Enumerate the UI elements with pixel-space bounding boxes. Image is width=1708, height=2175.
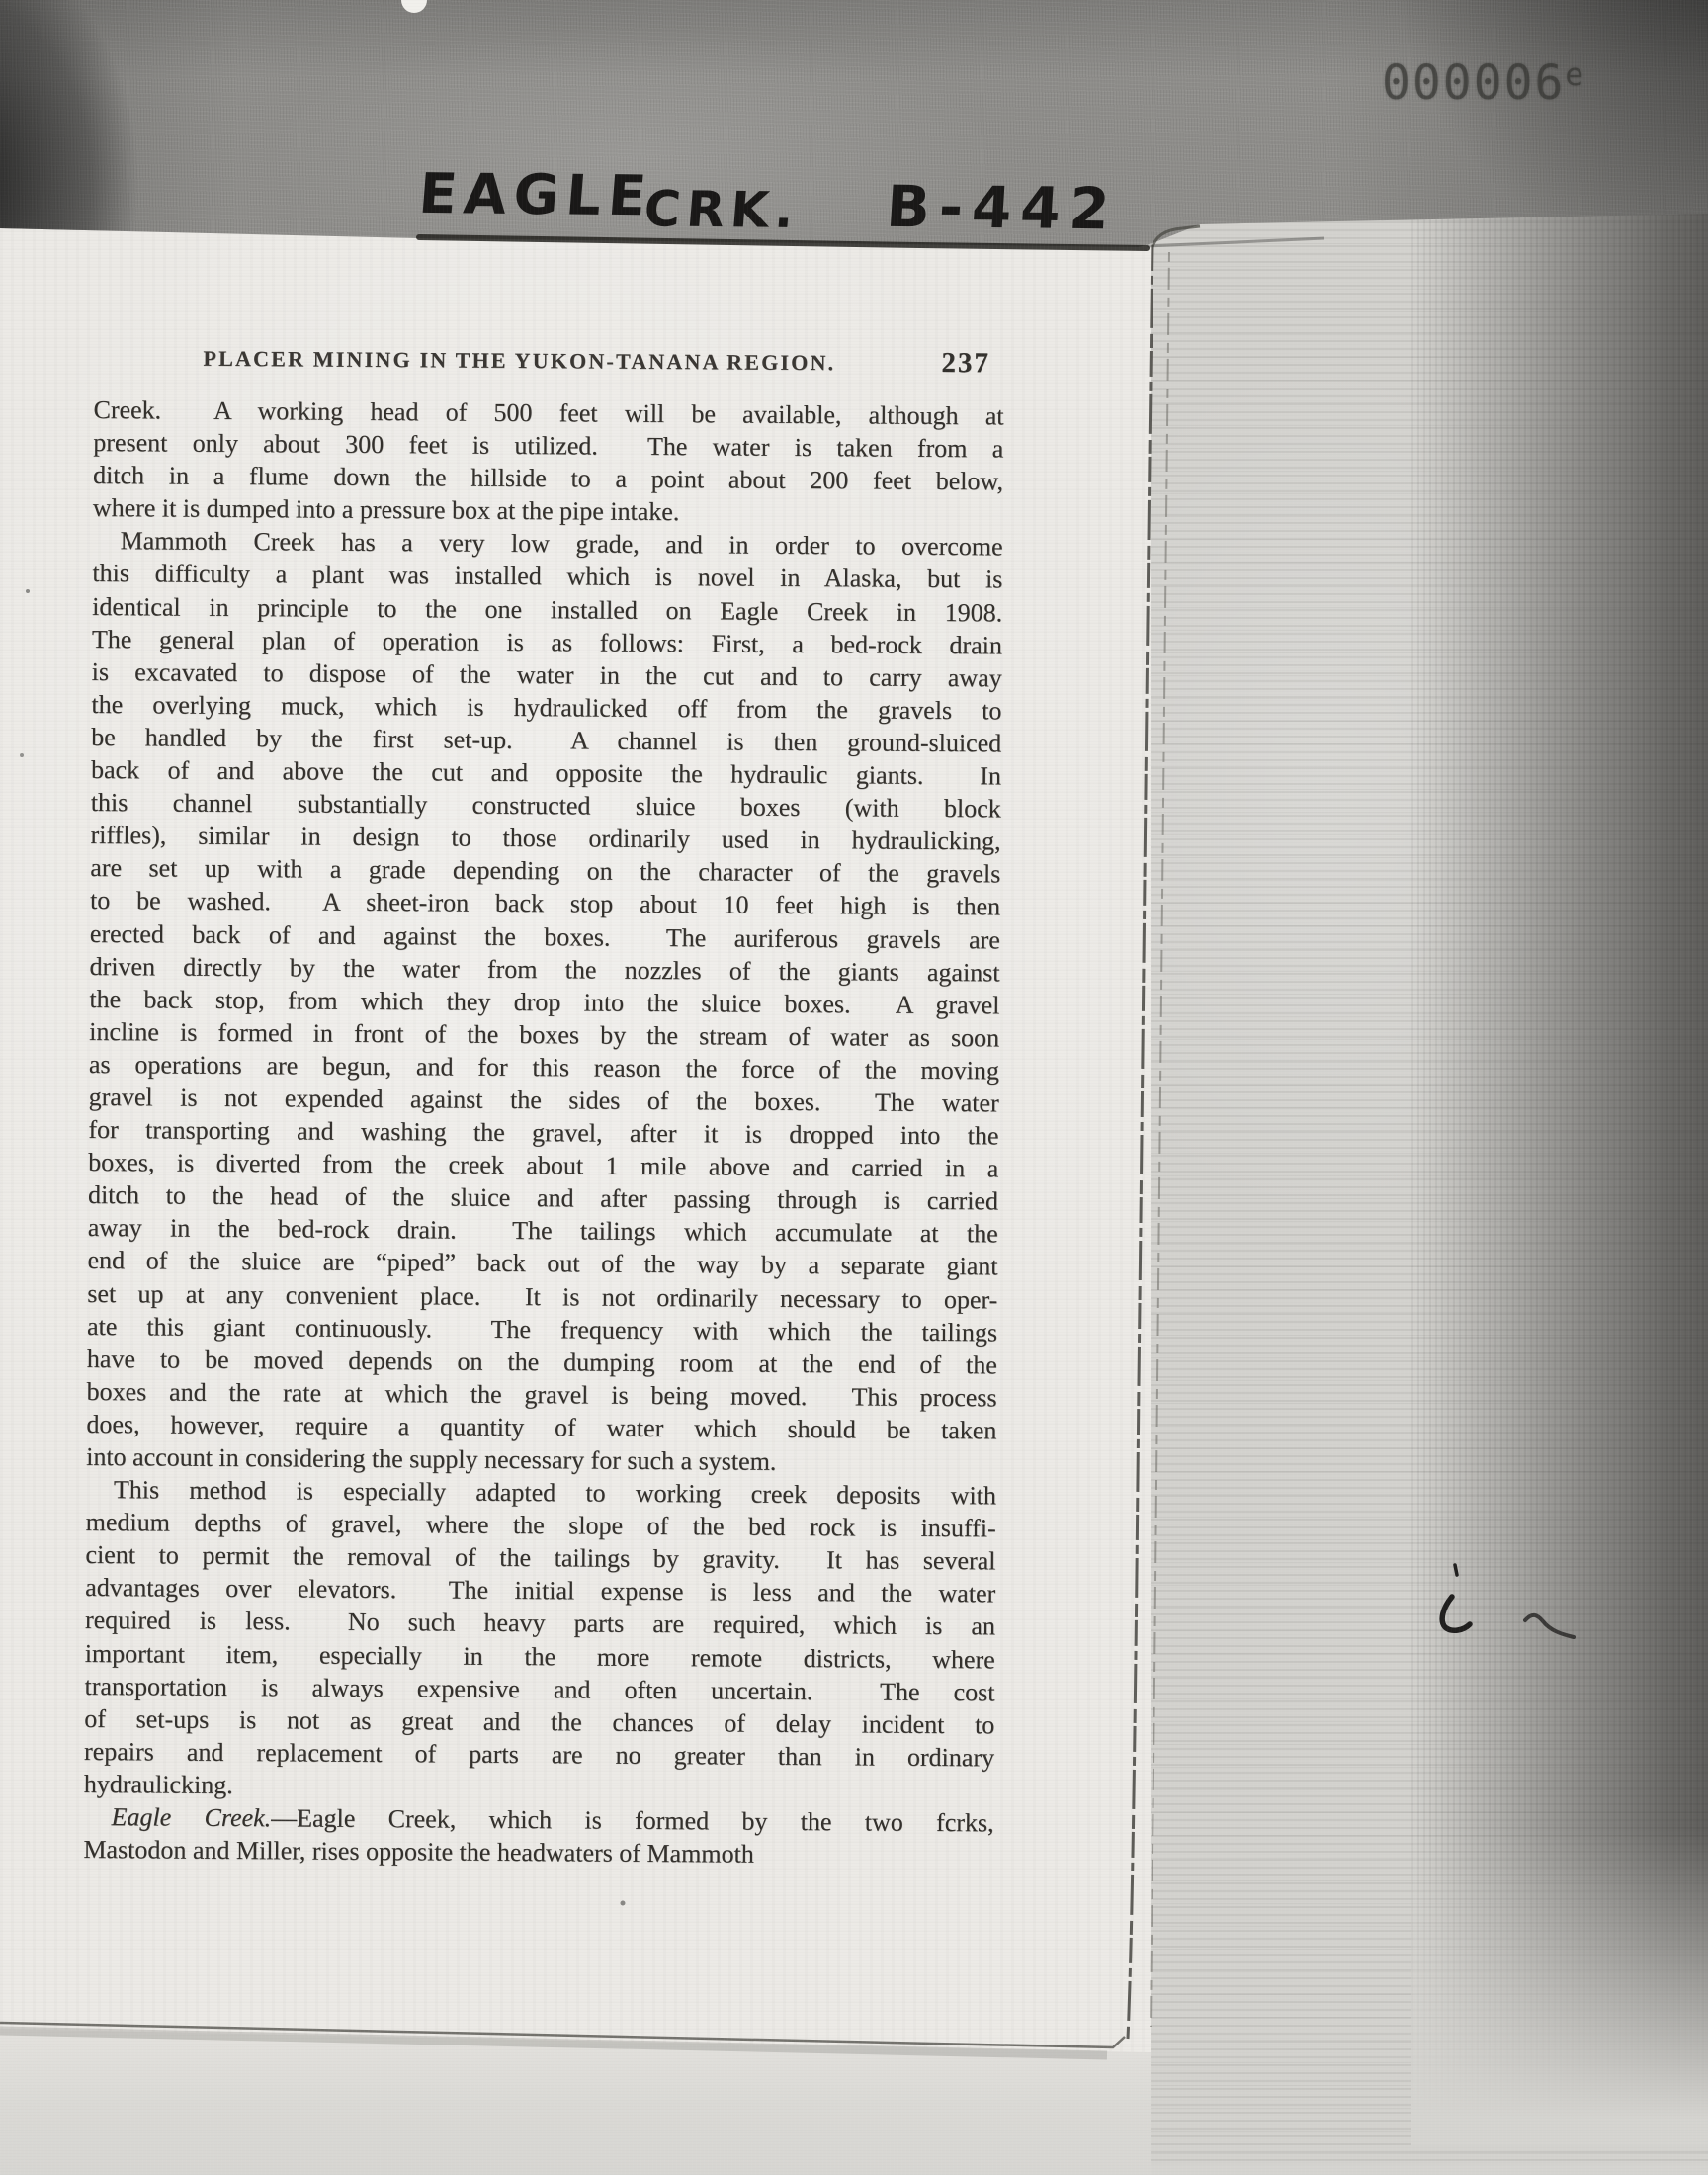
handwritten-creek-name: EAGLE [416, 162, 655, 228]
handwritten-scribble-mark [1525, 1615, 1574, 1637]
ink-speck [621, 1901, 626, 1906]
stamp-suffix: e [1565, 57, 1583, 93]
stamp-number: 000006e [1382, 55, 1583, 111]
handwritten-mark-dot [1455, 1565, 1457, 1575]
stamp-digits: 000006 [1382, 55, 1565, 111]
page-number: 237 [941, 347, 990, 380]
handwritten-report-code: B-442 [885, 173, 1121, 242]
handwritten-creek-abbrev: CRK. [642, 180, 803, 239]
ink-speck [26, 589, 30, 593]
handwritten-check-mark [1442, 1597, 1470, 1630]
page-content: PLACER MINING IN THE YUKON-TANANA REGION… [83, 345, 1004, 1872]
band-boundary-line [1147, 238, 1324, 246]
running-header: PLACER MINING IN THE YUKON-TANANA REGION… [94, 345, 1004, 384]
header-title: PLACER MINING IN THE YUKON-TANANA REGION… [94, 345, 1004, 377]
ink-speck [20, 753, 24, 757]
page-right-edge-line [1128, 245, 1153, 2039]
body-text: Creek. A working head of 500 feet will b… [83, 393, 1003, 1872]
text-line: Mastodon and Miller, rises opposite the … [83, 1833, 993, 1872]
page-right-edge-outer-line [1151, 252, 1169, 2027]
scanned-document-page: 000006e EAGLE CRK. B-442 PLACER MINING I… [0, 0, 1708, 2175]
